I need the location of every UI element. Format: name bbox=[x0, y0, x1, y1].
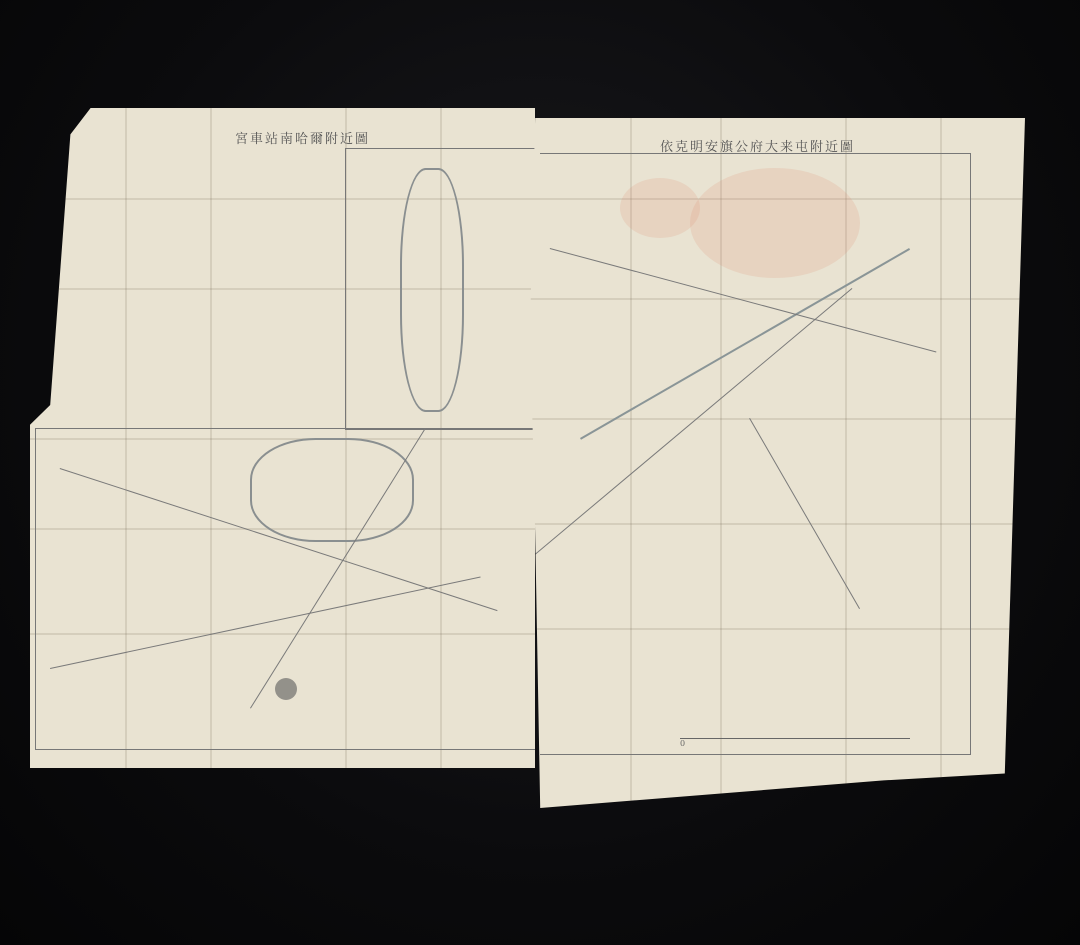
scale-bar: 0 bbox=[680, 738, 910, 748]
city-marker bbox=[275, 678, 297, 700]
right-map-sheet: 依克明安旗公府大来屯附近圖 0 bbox=[520, 118, 1025, 808]
left-map-sheet: 宮車站南哈爾附近圖 bbox=[30, 108, 535, 768]
left-map-title: 宮車站南哈爾附近圖 bbox=[235, 128, 370, 147]
